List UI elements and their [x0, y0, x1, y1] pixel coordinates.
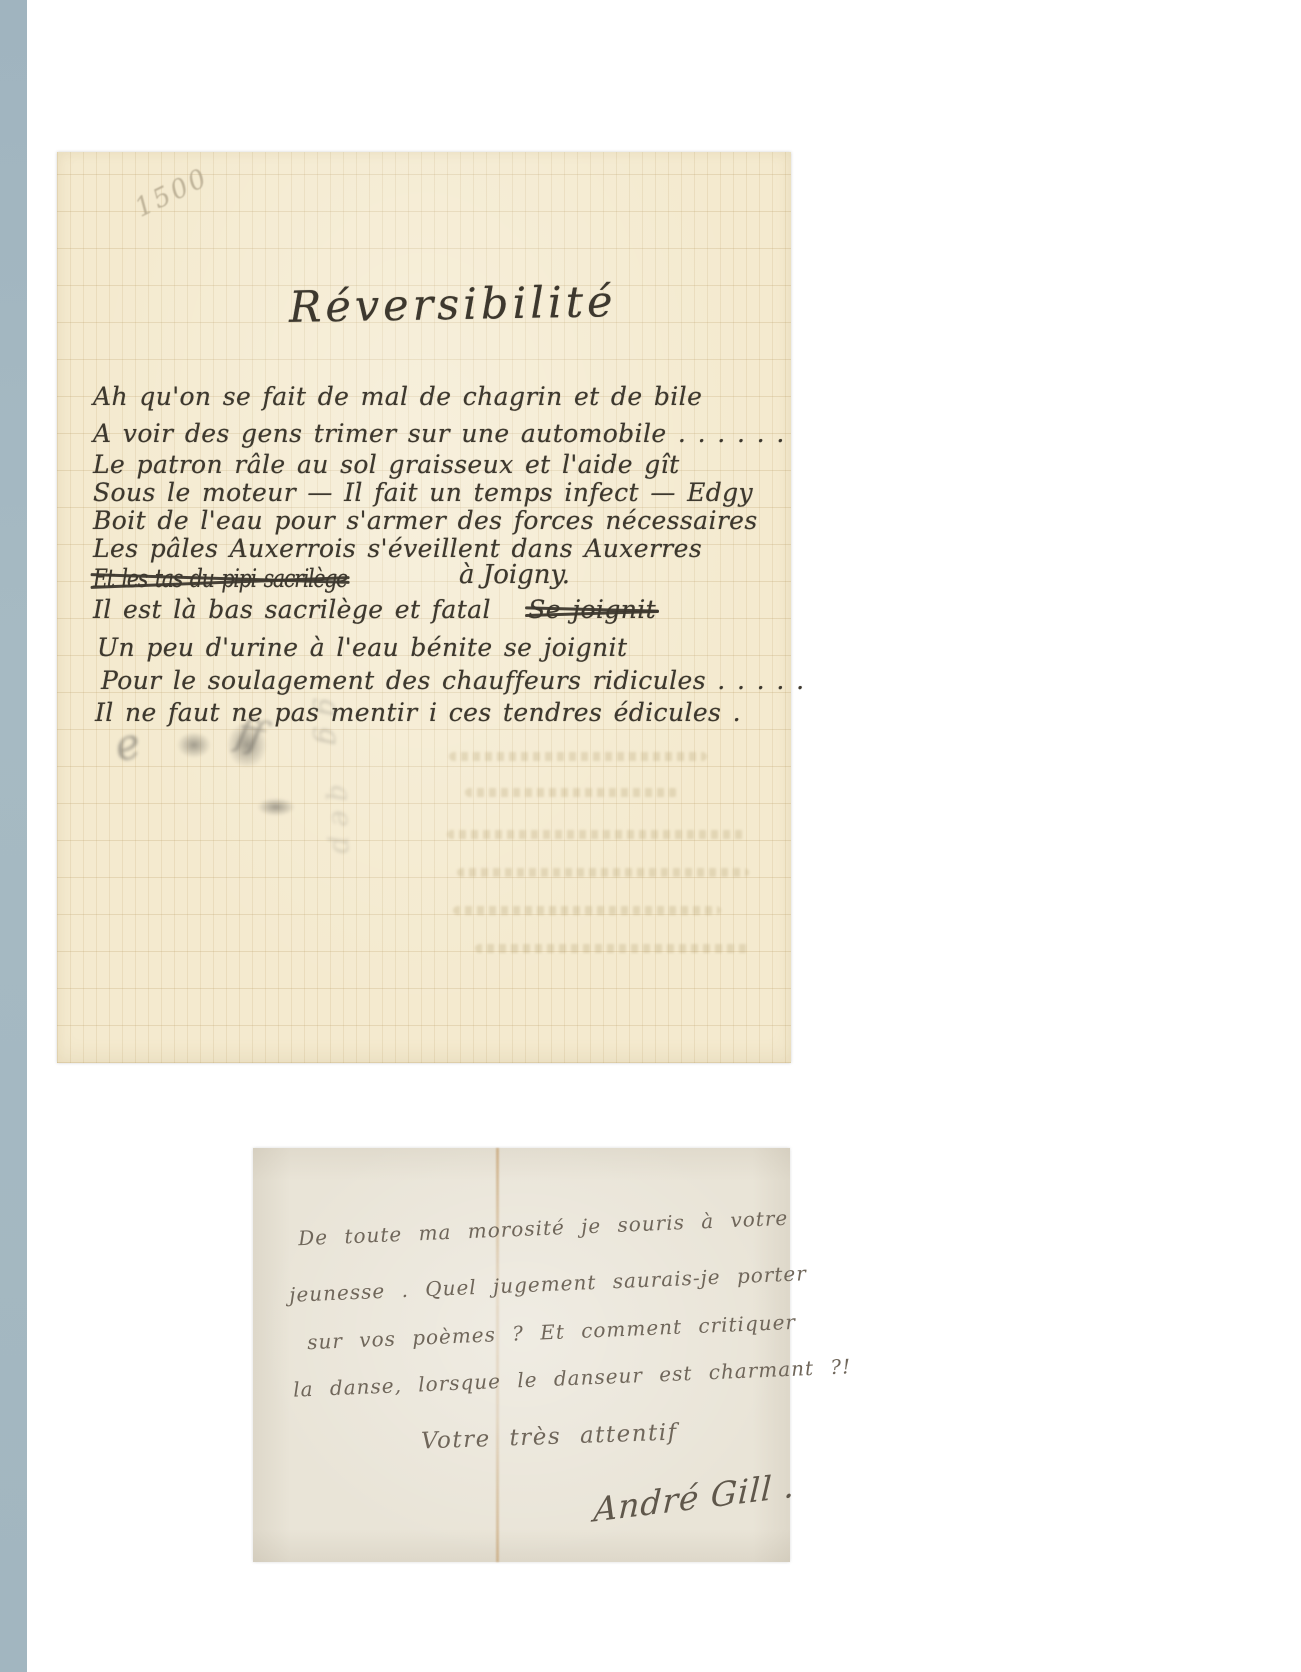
letter-manuscript-page: De toute ma morosité je souris à votre j… — [253, 1148, 790, 1562]
poem-title: Réversibilité — [289, 277, 617, 333]
poem-line-struck: Et les tas du pipi sacrilège — [93, 564, 403, 593]
poem-line: Les pâles Auxerrois s'éveillent dans Aux… — [93, 534, 702, 563]
ghost-text-line — [465, 788, 679, 797]
ghost-text-line — [447, 830, 747, 839]
ink-smudge: q e p — [324, 783, 359, 854]
poem-line: A voir des gens trimer sur une automobil… — [93, 419, 785, 448]
poem-line-text: Il est là bas sacrilège et fatal — [93, 595, 491, 624]
letter-line: sur vos poèmes ? Et comment critiquer — [307, 1310, 797, 1354]
pencil-inventory-mark: 1500 — [130, 162, 213, 223]
poem-line: Pour le soulagement des chauffeurs ridic… — [101, 666, 804, 695]
struck-words: Se joignit — [528, 595, 656, 624]
letter-line: jeunesse . Quel jugement saurais-je port… — [289, 1261, 807, 1307]
poem-line: Sous le moteur — Il fait un temps infect… — [93, 478, 753, 507]
poem-line: Ah qu'on se fait de mal de chagrin et de… — [93, 382, 702, 411]
letter-line: la danse, lorsque le danseur est charman… — [293, 1354, 852, 1401]
ghost-text-line — [449, 752, 707, 761]
document-canvas: 1500 Réversibilité Ah qu'on se fait de m… — [0, 0, 1301, 1672]
left-accent-bar — [0, 0, 27, 1672]
ink-smudge: g g — [311, 698, 346, 746]
struck-passage: Et les tas du pipi sacrilège — [93, 564, 347, 593]
poem-line: Il ne faut ne pas mentir i ces tendres é… — [95, 698, 741, 727]
fold-crease — [496, 1148, 499, 1562]
letter-closing: Votre très attentif — [421, 1420, 678, 1455]
poem-manuscript-page: 1500 Réversibilité Ah qu'on se fait de m… — [57, 152, 791, 1063]
letter-signature: André Gill . — [593, 1465, 797, 1529]
poem-line: Boit de l'eau pour s'armer des forces né… — [93, 506, 758, 535]
margin-note-joigny: à Joigny. — [459, 560, 570, 590]
ghost-text-line — [475, 944, 751, 953]
ghost-text-line — [453, 906, 721, 915]
ghost-text-line — [457, 868, 749, 877]
letter-line: De toute ma morosité je souris à votre — [298, 1206, 789, 1251]
poem-line: Il est là bas sacrilège et fatal Se joig… — [93, 595, 656, 624]
poem-line: Un peu d'urine à l'eau bénite se joignit — [97, 633, 627, 662]
poem-line: Le patron râle au sol graisseux et l'aid… — [93, 450, 680, 479]
